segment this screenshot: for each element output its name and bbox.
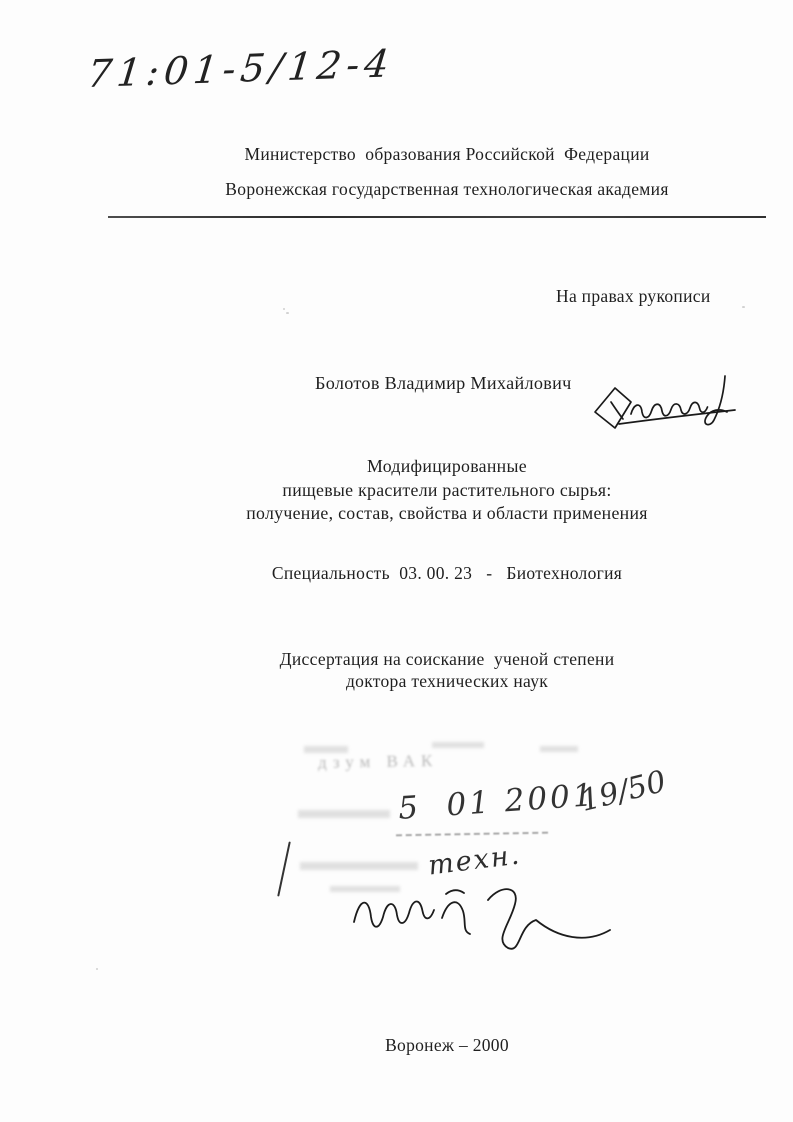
author-signature — [585, 372, 753, 440]
degree-line-1: Диссертация на соискание ученой степени — [99, 649, 793, 671]
handwritten-date: 5 01 2001 — [397, 777, 597, 827]
scan-speck — [286, 312, 289, 314]
author-name: Болотов Владимир Михайлович — [315, 373, 572, 394]
dissertation-title-page: 71:01-5/12-4 Министерство образования Ро… — [0, 0, 793, 1122]
official-signature — [338, 878, 634, 966]
stamp-faded-text: дзум ВАК — [318, 751, 439, 773]
scan-speck — [96, 968, 98, 970]
handwritten-protocol-number: 19/50 — [577, 764, 669, 819]
degree-statement: Диссертация на соискание ученой степени … — [99, 649, 793, 692]
handwritten-inventory-number: 71:01-5/12-4 — [85, 41, 396, 96]
specialty-line: Специальность 03. 00. 23 - Биотехнология — [99, 563, 793, 584]
header-divider-line — [108, 216, 766, 218]
date-underline — [396, 832, 548, 837]
stamp-faded-mark — [432, 742, 484, 748]
title-line-1: Модифицированные — [99, 455, 793, 479]
dissertation-title: Модифицированные пищевые красители расти… — [99, 455, 793, 526]
ministry-line: Министерство образования Российской Феде… — [99, 144, 793, 165]
degree-line-2: доктора технических наук — [99, 671, 793, 693]
city-year-line: Воронеж – 2000 — [99, 1035, 793, 1056]
handwritten-slash-mark — [277, 841, 291, 896]
academy-line: Воронежская государственная технологичес… — [99, 179, 793, 200]
scan-speck — [742, 306, 745, 308]
title-line-2: пищевые красители растительного сырья: — [99, 479, 793, 503]
scan-speck — [283, 308, 285, 310]
title-line-3: получение, состав, свойства и области пр… — [99, 502, 793, 526]
stamp-faded-mark — [300, 862, 418, 870]
stamp-faded-mark — [540, 746, 578, 752]
manuscript-rights-note: На правах рукописи — [556, 286, 710, 307]
handwritten-note-tekhn: техн. — [426, 839, 522, 881]
stamp-faded-mark — [298, 810, 390, 818]
